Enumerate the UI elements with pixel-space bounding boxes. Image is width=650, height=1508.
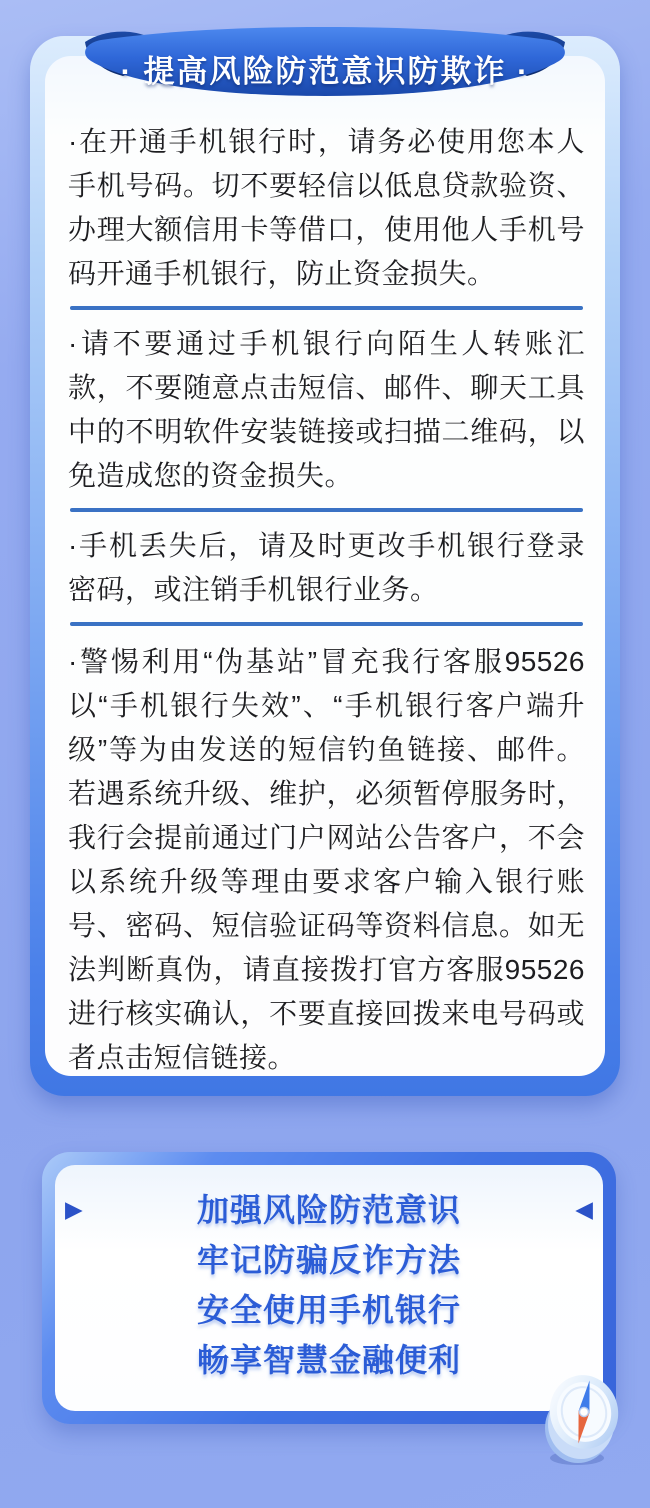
- notice-paragraph-1: ·在开通手机银行时，请务必使用您本人手机号码。切不要轻信以低息贷款验资、办理大额…: [68, 120, 585, 296]
- compass-icon: [542, 1350, 626, 1468]
- notice-paragraph-3: ·手机丢失后，请及时更改手机银行登录密码，或注销手机银行业务。: [68, 524, 585, 612]
- notice-paragraph-2: ·请不要通过手机银行向陌生人转账汇款，不要随意点击短信、邮件、聊天工具中的不明软…: [68, 322, 585, 498]
- title-ribbon: · 提高风险防范意识防欺诈 ·: [75, 26, 575, 104]
- slogan-line-4: 畅享智慧金融便利: [55, 1335, 603, 1385]
- divider: [70, 306, 583, 310]
- notice-card-content: ·在开通手机银行时，请务必使用您本人手机号码。切不要轻信以低息贷款验资、办理大额…: [45, 56, 605, 1076]
- left-pointing-triangle-icon: ◀: [575, 1198, 593, 1221]
- slogan-line-2: 牢记防骗反诈方法: [55, 1235, 603, 1285]
- poster-title: · 提高风险防范意识防欺诈 ·: [75, 46, 575, 91]
- slogan-card-surface: ▶ ◀ 加强风险防范意识 牢记防骗反诈方法 安全使用手机银行 畅享智慧金融便利: [55, 1165, 603, 1411]
- slogan-line-3: 安全使用手机银行: [55, 1285, 603, 1335]
- slogan-line-1: 加强风险防范意识: [55, 1185, 603, 1235]
- right-pointing-triangle-icon: ▶: [65, 1198, 83, 1221]
- notice-paragraph-4: ·警惕利用“伪基站”冒充我行客服95526以“手机银行失效”、“手机银行客户端升…: [68, 640, 585, 1080]
- slogan-lines: 加强风险防范意识 牢记防骗反诈方法 安全使用手机银行 畅享智慧金融便利: [55, 1185, 603, 1385]
- divider: [70, 622, 583, 626]
- notice-card-surface: ·在开通手机银行时，请务必使用您本人手机号码。切不要轻信以低息贷款验资、办理大额…: [45, 56, 605, 1076]
- slogan-card: ▶ ◀ 加强风险防范意识 牢记防骗反诈方法 安全使用手机银行 畅享智慧金融便利: [42, 1152, 616, 1424]
- fraud-prevention-poster: ·在开通手机银行时，请务必使用您本人手机号码。切不要轻信以低息贷款验资、办理大额…: [0, 0, 650, 1508]
- divider: [70, 508, 583, 512]
- notice-card: ·在开通手机银行时，请务必使用您本人手机号码。切不要轻信以低息贷款验资、办理大额…: [30, 36, 620, 1096]
